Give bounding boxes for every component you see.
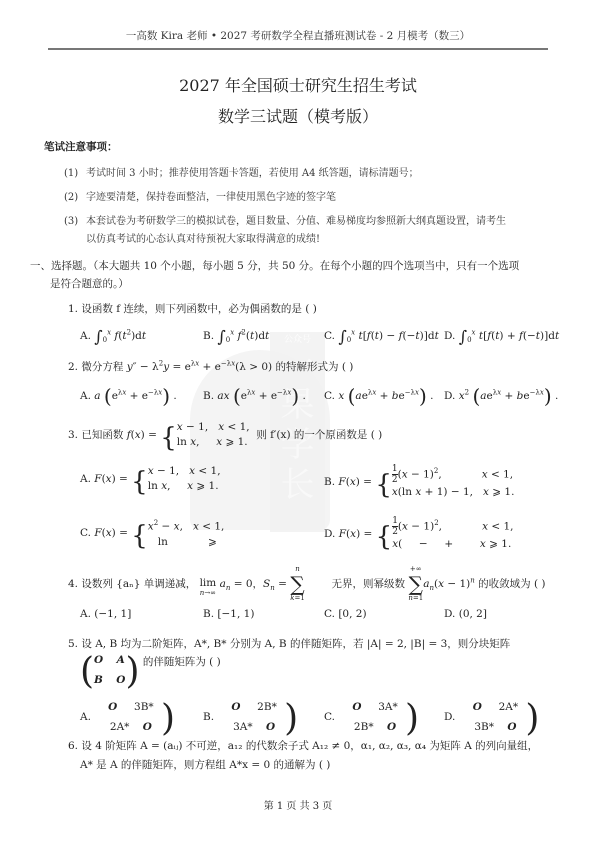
notice-num: (3): [64, 216, 86, 227]
option-label: C.: [324, 711, 335, 723]
question-2: 2. 微分方程 y″ − λ2y = eλx + e−λx(λ > 0) 的特解…: [68, 359, 353, 374]
question-stem: 微分方程: [81, 361, 123, 373]
q2-option-c[interactable]: C. x (aeλx + be−λx) .: [324, 384, 434, 408]
q2-option-a[interactable]: A. a (eλx + e−λx) .: [80, 384, 177, 408]
option-label: D.: [324, 528, 335, 540]
section-heading-line1: 一、选择题。（本大题共 10 个小题，每小题 5 分，共 50 分。在每个小题的…: [30, 257, 560, 275]
notice-heading: 笔试注意事项：: [44, 139, 118, 154]
section-heading-line2: 是符合题意的。）: [30, 275, 560, 293]
q2-option-b[interactable]: B. ax (eλx + e−λx) .: [203, 384, 306, 408]
option-label: B.: [203, 330, 214, 342]
notice-item-3-cont: 以仿真考试的心态认真对待预祝大家取得满意的成绩!: [86, 230, 320, 245]
question-stem-mid: 无界，则幂级数: [332, 578, 406, 590]
q4-option-d[interactable]: D. (0, 2]: [444, 608, 487, 620]
notice-item-1: (1)考试时间 3 小时；推荐使用答题卡答题，若使用 A4 纸答题，请标清题号；: [64, 164, 419, 179]
q3-option-c[interactable]: C. F(x) = {x2 − x, x < 1, ln ⩾: [80, 516, 224, 551]
option-label: C.: [324, 330, 335, 342]
question-stem: 设 A, B 均为二阶矩阵，A*, B* 分别为 A, B 的伴随矩阵，若 |A…: [81, 638, 510, 650]
page-footer: 第 1 页 共 3 页: [0, 797, 596, 812]
option-label: A.: [80, 330, 91, 342]
question-3: 3. 已知函数 f(x) = {x − 1, x < 1,ln x, x ⩾ 1…: [68, 420, 382, 453]
exam-subtitle: 数学三试题（模考版）: [0, 104, 596, 127]
option-label: C.: [324, 390, 335, 402]
option-label: A.: [80, 711, 91, 723]
q3-option-a[interactable]: A. F(x) = {x − 1, x < 1,ln x, x ⩾ 1.: [80, 464, 221, 497]
option-label: B.: [203, 390, 214, 402]
question-stem: 设数列 {aₙ} 单调递减，: [81, 578, 196, 590]
q1-option-d[interactable]: D. ∫0x t[f(t) + f(−t)]dt: [444, 327, 559, 346]
q5-option-a[interactable]: A. O 3B*2A* O): [80, 697, 175, 739]
running-header: 一高数 Kira 老师 • 2027 考研数学全程直播班测试卷 - 2 月模考（…: [0, 28, 596, 43]
option-label: B.: [203, 711, 214, 723]
q1-option-a[interactable]: A. ∫0x f(t2)dt: [80, 327, 146, 346]
question-number: 4.: [68, 578, 78, 590]
exam-title: 2027 年全国硕士研究生招生考试: [0, 73, 596, 96]
notice-text: 字迹要清楚，保持卷面整洁，一律使用黑色字迹的签字笔: [86, 192, 336, 203]
q4-option-b[interactable]: B. [−1, 1): [203, 608, 254, 620]
notice-text: 考试时间 3 小时；推荐使用答题卡答题，若使用 A4 纸答题，请标清题号；: [86, 168, 419, 179]
q4-option-a[interactable]: A. (−1, 1]: [80, 608, 131, 620]
question-number: 3.: [68, 429, 78, 441]
option-label: B.: [324, 476, 335, 488]
question-stem-end: 的特解形式为 ( ): [276, 361, 354, 373]
notice-num: (2): [64, 192, 86, 203]
section-heading: 一、选择题。（本大题共 10 个小题，每小题 5 分，共 50 分。在每个小题的…: [30, 257, 560, 293]
question-number: 2.: [68, 361, 78, 373]
question-number: 5.: [68, 638, 78, 650]
q1-option-b[interactable]: B. ∫0x f2(t)dt: [203, 327, 269, 346]
option-label: A.: [80, 390, 91, 402]
notice-text: 本套试卷为考研数学三的模拟试卷，题目数量、分值、难易梯度均参照新大纲真题设置，请…: [86, 216, 506, 227]
q5-block-matrix: (O AB O) 的伴随矩阵为 ( ): [80, 650, 221, 692]
notice-num: (1): [64, 168, 86, 179]
option-label: D.: [444, 390, 455, 402]
question-5: 5. 设 A, B 均为二阶矩阵，A*, B* 分别为 A, B 的伴随矩阵，若…: [68, 636, 510, 651]
question-6-cont: A* 是 A 的伴随矩阵，则方程组 A*x = 0 的通解为 ( ): [80, 757, 330, 772]
question-6: 6. 设 4 阶矩阵 A = (aᵢⱼ) 不可逆，a₁₂ 的代数余子式 A₁₂ …: [68, 738, 538, 753]
option-label: D.: [444, 711, 455, 723]
question-number: 6.: [68, 740, 78, 752]
q3-option-d[interactable]: D. F(x) = {12(x − 1)2, x < 1,x( − + x ⩾ …: [324, 516, 513, 552]
q2-option-d[interactable]: D. x2 (aeλx + be−λx) .: [444, 384, 558, 408]
question-stem: 设函数 f 连续，则下列函数中，必为偶函数的是 ( ): [81, 303, 316, 315]
question-stem-end: 的伴随矩阵为 ( ): [143, 656, 221, 668]
question-stem: 设 4 阶矩阵 A = (aᵢⱼ) 不可逆，a₁₂ 的代数余子式 A₁₂ ≠ 0…: [81, 740, 538, 752]
q5-option-d[interactable]: D. O 2A*3B* O): [444, 697, 539, 739]
option-label: C.: [80, 527, 91, 539]
notice-item-2: (2)字迹要清楚，保持卷面整洁，一律使用黑色字迹的签字笔: [64, 188, 336, 203]
question-stem: 已知函数: [81, 429, 123, 441]
question-number: 1.: [68, 303, 78, 315]
question-stem-end: 的收敛域为 ( ): [478, 578, 545, 590]
watermark-char: 长: [270, 465, 325, 505]
q5-option-b[interactable]: B. O 2B*3A* O): [203, 697, 298, 739]
question-1: 1. 设函数 f 连续，则下列函数中，必为偶函数的是 ( ): [68, 301, 317, 316]
q3-option-b[interactable]: B. F(x) = {12(x − 1)2, x < 1,x(ln x + 1)…: [324, 464, 514, 500]
option-label: D.: [444, 330, 455, 342]
q1-option-c[interactable]: C. ∫0x t[f(t) − f(−t)]dt: [324, 327, 439, 346]
q4-option-c[interactable]: C. [0, 2): [324, 608, 367, 620]
question-4: 4. 设数列 {aₙ} 单调递减， limn→∞ an = 0，Sn = n∑k…: [68, 565, 546, 603]
option-label: A.: [80, 473, 91, 485]
notice-item-3: (3)本套试卷为考研数学三的模拟试卷，题目数量、分值、难易梯度均参照新大纲真题设…: [64, 212, 506, 227]
header-divider: [48, 48, 548, 50]
watermark-label: 公众号: [284, 335, 311, 345]
question-stem-end: 则 f′(x) 的一个原函数是 ( ): [256, 429, 382, 441]
q5-option-c[interactable]: C. O 3A*2B* O): [324, 697, 419, 739]
